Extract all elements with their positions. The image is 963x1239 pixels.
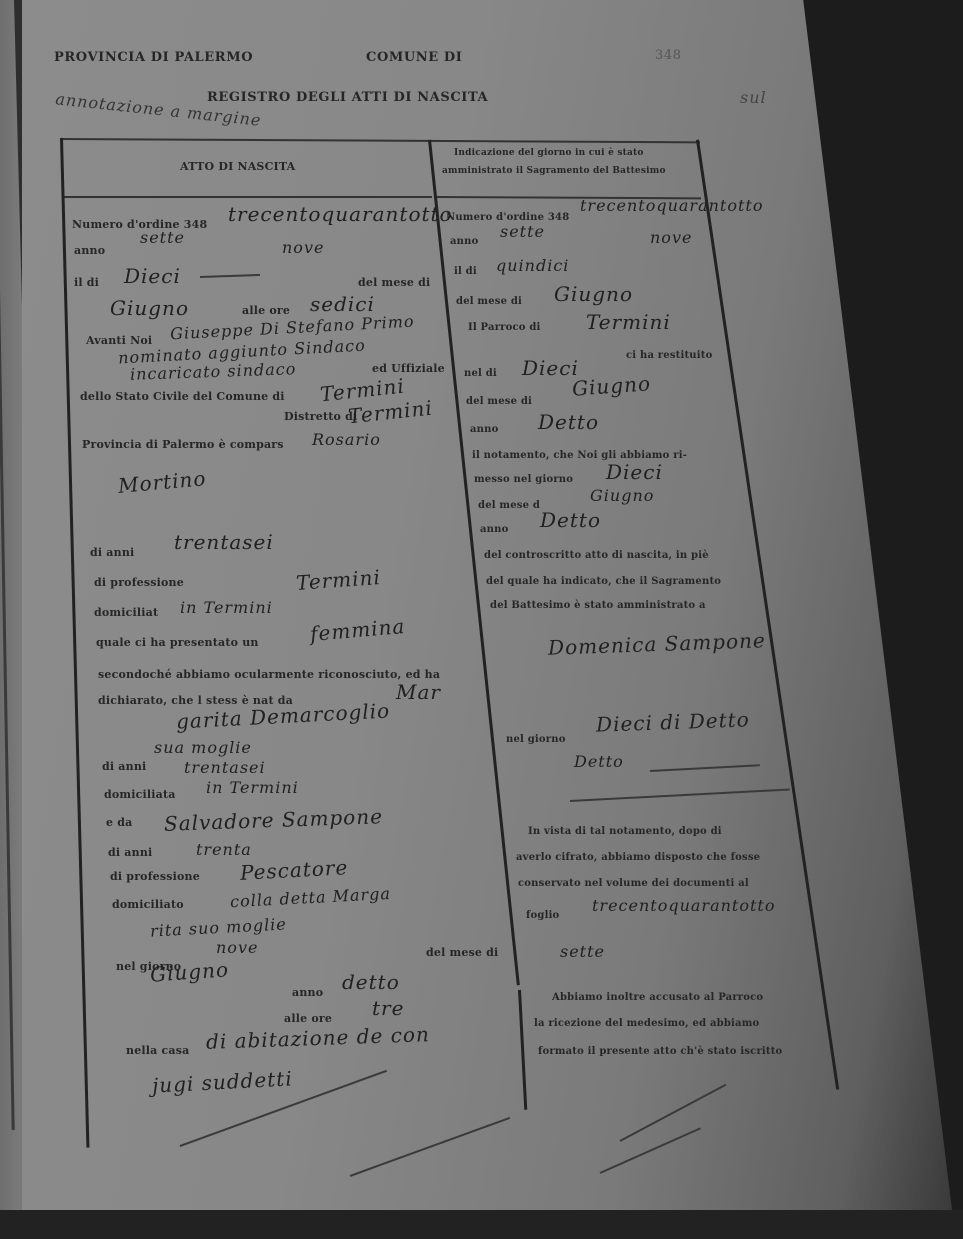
label-e-da: e da	[106, 816, 132, 829]
hw-eta: trentasei	[174, 530, 274, 554]
label-nella-casa: nella casa	[126, 1044, 189, 1057]
r-label-vista-2: averlo cifrato, abbiamo disposto che fos…	[516, 852, 760, 863]
hw-comparso-1: Rosario	[312, 430, 381, 449]
r-label-notamento-2: messo nel giorno	[474, 474, 573, 485]
register-page	[22, 0, 952, 1210]
label-distretto: Distretto di	[284, 410, 357, 423]
label-presentato: quale ci ha presentato un	[96, 636, 259, 649]
r-label-anno: anno	[450, 236, 479, 247]
label-uffiziale: ed Uffiziale	[372, 362, 445, 375]
hw-anno: nove	[282, 238, 324, 257]
label-domiciliat: domiciliat	[94, 606, 158, 619]
label-secondoche: secondoché abbiamo ocularmente riconosci…	[98, 668, 440, 681]
label-padre-anni: di anni	[108, 846, 152, 859]
hw-padre-eta: trenta	[196, 840, 252, 859]
hw-giorno: Dieci	[124, 264, 181, 288]
hw-anno-correction: sette	[140, 228, 185, 247]
r-label-mese-2: del mese di	[466, 396, 532, 407]
hw-domicilio: in Termini	[180, 598, 273, 617]
left-header-divider	[62, 196, 432, 198]
r-hw-anno-correction: sette	[500, 222, 545, 241]
r-label-mese-d: del mese d	[478, 500, 540, 511]
r-hw-parroco: Termini	[586, 310, 671, 334]
previous-page-rule	[0, 250, 15, 1130]
r-hw-giorno: quindici	[496, 256, 569, 275]
r-label-nel-giorno: nel giorno	[506, 734, 566, 745]
r-label-contro-2: del quale ha indicato, che il Sagramento	[486, 576, 721, 587]
hw-madre-3: sua moglie	[154, 738, 252, 757]
label-provincia-comparso: Provincia di Palermo è compars	[82, 438, 284, 451]
page-number: 348	[655, 48, 682, 63]
r-label-abbiamo-1: Abbiamo inoltre accusato al Parroco	[552, 992, 763, 1003]
r-hw-foglio: trecentoquarantotto	[592, 896, 775, 915]
r-hw-anno: nove	[650, 228, 692, 247]
r-label-anno-3: anno	[480, 524, 509, 535]
label-domiciliato: domiciliato	[112, 898, 184, 911]
hw-madre-eta: trentasei	[184, 758, 266, 777]
r-hw-rimesso-giorno: Dieci	[606, 460, 663, 484]
label-madre-anni: di anni	[102, 760, 146, 773]
r-label-il-di: il di	[454, 266, 477, 277]
label-avanti-noi: Avanti Noi	[86, 334, 152, 347]
baptism-title-2: amministrato il Sagramento del Battesimo	[442, 166, 666, 176]
hw-mese: Giugno	[110, 296, 189, 320]
label-il-di: il di	[74, 276, 99, 289]
label-domiciliata: domiciliata	[104, 788, 176, 801]
hw-anno-nascita: detto	[342, 970, 400, 994]
baptism-title-1: Indicazione del giorno in cui è stato	[454, 148, 644, 158]
hw-giorno-nascita: nove	[216, 938, 258, 957]
r-label-contro-1: del controscritto atto di nascita, in pi…	[484, 550, 709, 561]
r-hw-rimesso-mese: Giugno	[590, 486, 654, 505]
label-alle-ore: alle ore	[242, 304, 290, 317]
hw-ore: sedici	[310, 292, 375, 316]
comune-heading: COMUNE DI	[366, 50, 462, 65]
hw-madre-domicilio: in Termini	[206, 778, 299, 797]
r-label-vista-1: In vista di tal notamento, dopo di	[528, 826, 722, 837]
birth-act-title: ATTO DI NASCITA	[180, 160, 295, 173]
r-label-abbiamo-3: formato il presente atto ch'è stato iscr…	[538, 1046, 782, 1057]
r-label-foglio: foglio	[526, 910, 559, 921]
label-stato-civile: dello Stato Civile del Comune di	[80, 390, 285, 403]
hw-madre-1: Mar	[396, 680, 441, 704]
r-label-parroco: Il Parroco di	[468, 322, 541, 333]
margin-note-right: sul	[740, 88, 767, 107]
r-hw-rimesso-anno: Detto	[540, 508, 601, 532]
r-label-nel-di: nel di	[464, 368, 497, 379]
label-di-anni: di anni	[90, 546, 134, 559]
r-label-vista-3: conservato nel volume dei documenti al	[518, 878, 749, 889]
hw-ore-nascita: tre	[372, 996, 404, 1020]
label-anno: anno	[74, 244, 105, 257]
label-del-mese-2: del mese di	[426, 946, 498, 959]
r-label-anno-2: anno	[470, 424, 499, 435]
r-hw-numero: trecentoquarantotto	[580, 196, 763, 215]
r-label-abbiamo-2: la ricezione del medesimo, ed abbiamo	[534, 1018, 759, 1029]
r-hw-giorno-battesimo-2: Detto	[574, 752, 624, 771]
r-label-mese: del mese di	[456, 296, 522, 307]
r-hw-foglio-2: sette	[560, 942, 605, 961]
province-heading: PROVINCIA DI PALERMO	[54, 50, 253, 65]
page-bottom-shadow	[0, 1210, 963, 1239]
r-label-contro-3: del Battesimo è stato amministrato a	[490, 600, 706, 611]
r-label-restituito: ci ha restituito	[626, 350, 712, 361]
label-alle-ore-2: alle ore	[284, 1012, 332, 1025]
label-del-mese: del mese di	[358, 276, 430, 289]
label-anno-nascita: anno	[292, 986, 323, 999]
r-hw-anno-2: Detto	[538, 410, 599, 434]
label-professione: di professione	[94, 576, 184, 589]
hw-numero: trecentoquarantotto	[228, 202, 453, 226]
r-hw-mese: Giugno	[554, 282, 633, 306]
register-title: REGISTRO DEGLI ATTI DI NASCITA	[207, 90, 488, 105]
label-padre-professione: di professione	[110, 870, 200, 883]
